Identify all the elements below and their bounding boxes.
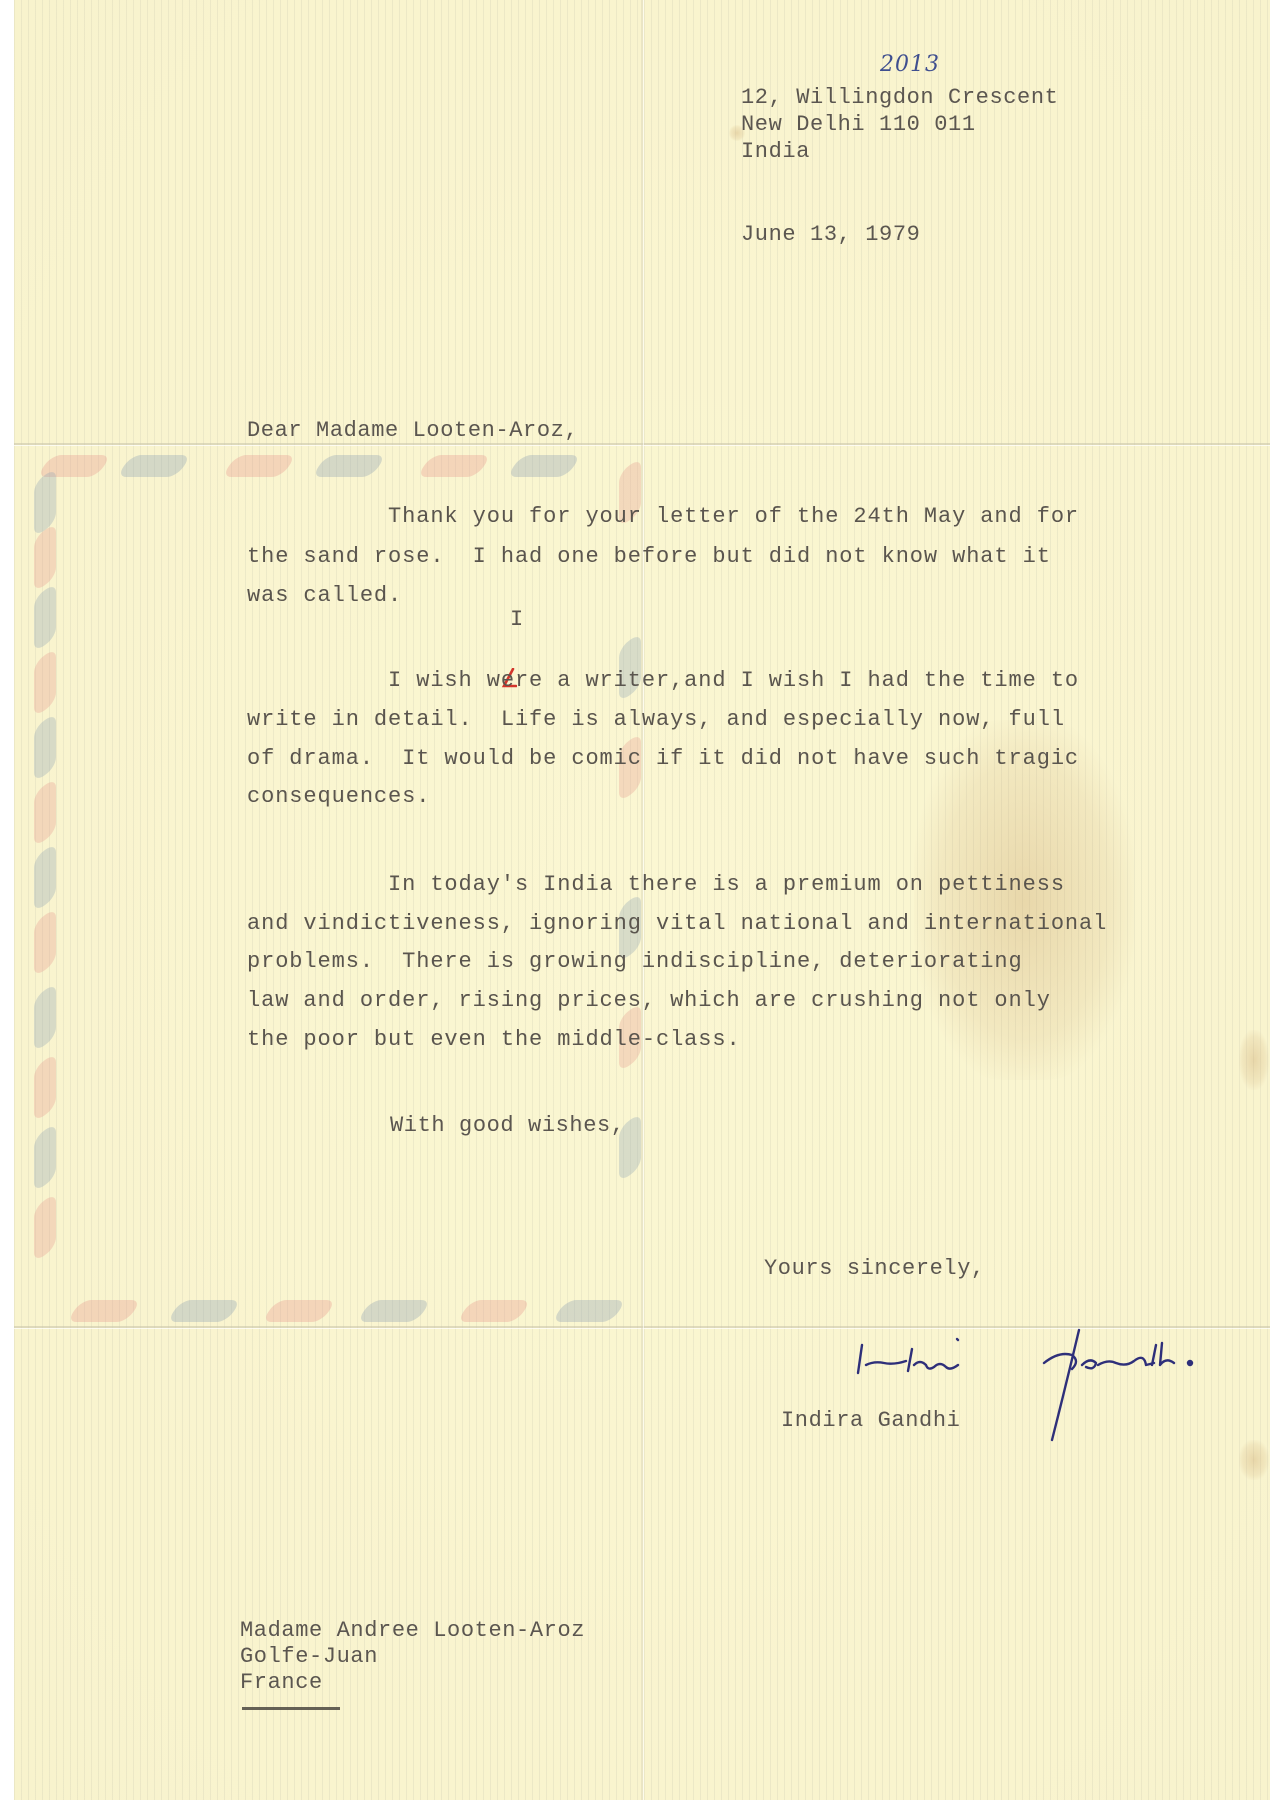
paragraph-line: the poor but even the middle-class. [247,1029,741,1051]
water-stain-edge [1239,1030,1269,1090]
salutation: Dear Madame Looten-Aroz, [247,420,578,442]
letter-page: 2013 12, Willingdon Crescent New Delhi 1… [14,0,1270,1800]
paragraph-line: consequences. [247,786,430,808]
address-underline [242,1707,340,1710]
water-stain [914,720,1134,1080]
handwritten-signature [854,1325,1270,1475]
recipient-address-line2: Golfe-Juan [240,1646,378,1668]
typed-signatory-name: Indira Gandhi [781,1410,960,1432]
paragraph-line: the sand rose. I had one before but did … [247,546,1051,568]
sender-address-line1: 12, Willingdon Crescent [741,87,1058,109]
paragraph-line: law and order, rising prices, which are … [247,990,1051,1012]
paragraph-line: of drama. It would be comic if it did no… [247,748,1079,770]
paragraph-line: write in detail. Life is always, and esp… [247,709,1065,731]
handwritten-insertion: I [510,607,523,632]
paragraph-line: In today's India there is a premium on p… [247,874,1065,896]
paragraph-line: problems. There is growing indiscipline,… [247,951,1023,973]
sender-address-line3: India [741,141,810,163]
paragraph-line: Thank you for your letter of the 24th Ma… [247,506,1079,528]
closing-wishes: With good wishes, [390,1115,625,1137]
paragraph-line: was called. [247,585,402,607]
sender-address-line2: New Delhi 110 011 [741,114,976,136]
archive-number-annotation: 2013 [880,52,940,77]
paragraph-line: I wish were a writer,and I wish I had th… [247,670,1079,692]
complimentary-close: Yours sincerely, [764,1258,985,1280]
letter-date: June 13, 1979 [741,224,920,246]
fold-line-vertical [641,0,643,1800]
paragraph-line: and vindictiveness, ignoring vital natio… [247,913,1107,935]
recipient-address-line1: Madame Andree Looten-Aroz [240,1620,585,1642]
recipient-address-line3: France [240,1672,323,1694]
